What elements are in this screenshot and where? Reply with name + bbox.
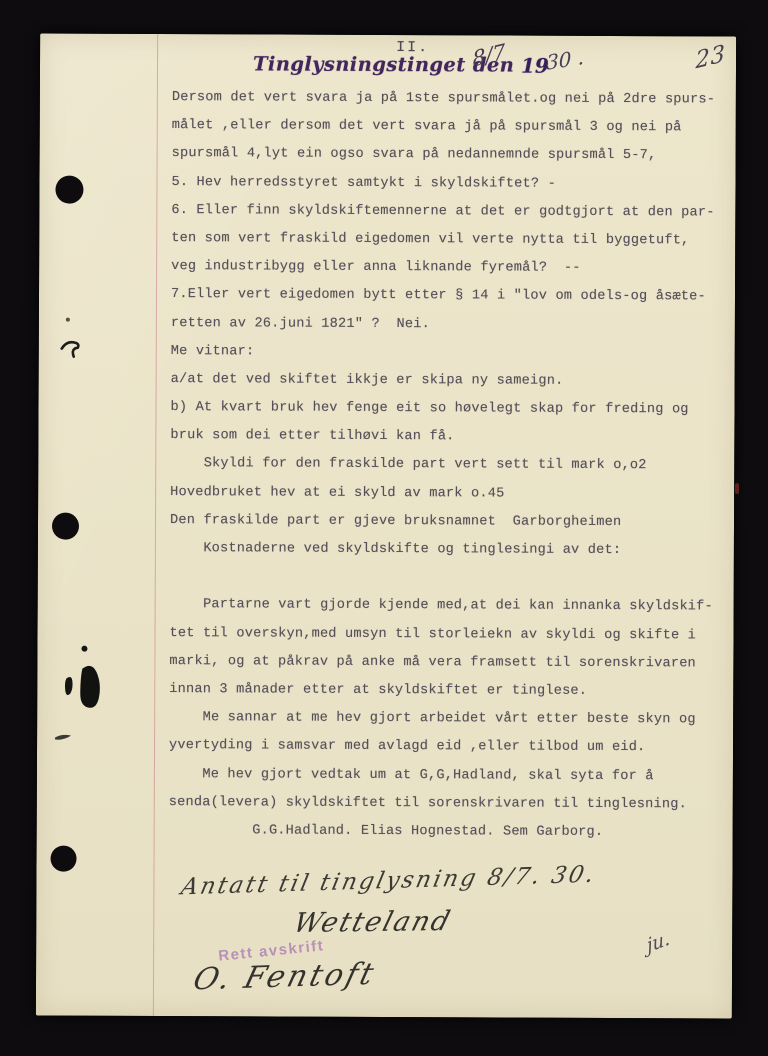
- document-line: Dersom det vert svara ja på 1ste spursmå…: [172, 84, 717, 115]
- document-line: 5. Hev herredsstyret samtykt i skyldskif…: [171, 169, 716, 200]
- year-stamp: 19: [521, 54, 549, 78]
- handwritten-acceptance-note: Antatt til tinglysning 8/7. 30.: [179, 862, 599, 901]
- margin-rule-line: [153, 34, 158, 1016]
- signature-wetteland: Wetteland: [290, 906, 455, 939]
- document-line: senda(levera) skyldskiftet til sorenskri…: [169, 789, 714, 820]
- document-line: Kostnaderne ved skyldskifte og tinglesin…: [170, 535, 715, 566]
- witness-signatures-line: G.G.Hadland. Elias Hognestad. Sem Garbor…: [169, 817, 714, 848]
- document-line: innan 3 månader etter at skyldskiftet er…: [169, 676, 714, 707]
- document-paper: II. Tinglysningstinget den 8/7 19 30 . 2…: [36, 33, 736, 1018]
- document-line: Den fraskilde part er gjeve bruksnamnet …: [170, 507, 715, 538]
- document-line: Me hev gjort vedtak um at G,G,Hadland, s…: [169, 761, 714, 792]
- document-line: Me sannar at me hev gjort arbeidet vårt …: [169, 704, 714, 735]
- document-line: ten som vert fraskild eigedomen vil vert…: [171, 225, 716, 256]
- document-line: marki, og at påkrav på anke må vera fram…: [169, 648, 714, 679]
- document-line: yvertyding i samsvar med avlagd eid ,ell…: [169, 732, 714, 763]
- document-line: spursmål 4,lyt ein ogso svara på nedanne…: [172, 140, 717, 171]
- punch-hole-top: [55, 176, 83, 204]
- typewritten-body: Dersom det vert svara ja på 1ste spursmå…: [169, 84, 717, 847]
- document-line: 6. Eller finn skyldskiftemennerne at det…: [171, 197, 716, 228]
- document-line: 7.Eller vert eigedomen bytt etter § 14 i…: [171, 281, 716, 312]
- document-line: Partarne vart gjorde kjende med,at dei k…: [170, 591, 715, 622]
- document-line: Me vitnar:: [171, 338, 716, 369]
- document-line: Hovedbruket hev at ei skyld av mark o.45: [170, 479, 715, 510]
- handwritten-paraph: ju.: [645, 927, 671, 957]
- document-line: målet ,eller dersom det vert svara jå på…: [172, 112, 717, 143]
- signature-fentoft: O. Fentoft: [190, 957, 380, 998]
- ink-smudge-mark: [59, 315, 91, 363]
- punch-hole-bottom: [50, 846, 76, 872]
- handwritten-year: 30 .: [546, 45, 584, 75]
- document-line: a/at det ved skiftet ikkje er skipa ny s…: [171, 366, 716, 397]
- archival-scan-page: { "colors": { "background": "#0e0c0f", "…: [0, 0, 768, 1056]
- handwritten-page-number: 23: [695, 40, 726, 74]
- punch-hole-middle: [52, 513, 79, 540]
- document-line: b) At kvart bruk hev fenge eit so høvele…: [170, 394, 715, 425]
- red-edge-mark: [735, 483, 739, 494]
- document-blank-line: [170, 563, 715, 594]
- document-line: Skyldi for den fraskilde part vert sett …: [170, 450, 715, 481]
- document-line: retten av 26.juni 1821" ? Nei.: [171, 310, 716, 341]
- document-line: veg industribygg eller anna liknande fyr…: [171, 253, 716, 284]
- document-line: bruk som dei etter tilhøvi kan få.: [170, 422, 715, 453]
- ink-blot: [53, 637, 113, 749]
- document-line: tet til overskyn,med umsyn til storleiek…: [169, 620, 714, 651]
